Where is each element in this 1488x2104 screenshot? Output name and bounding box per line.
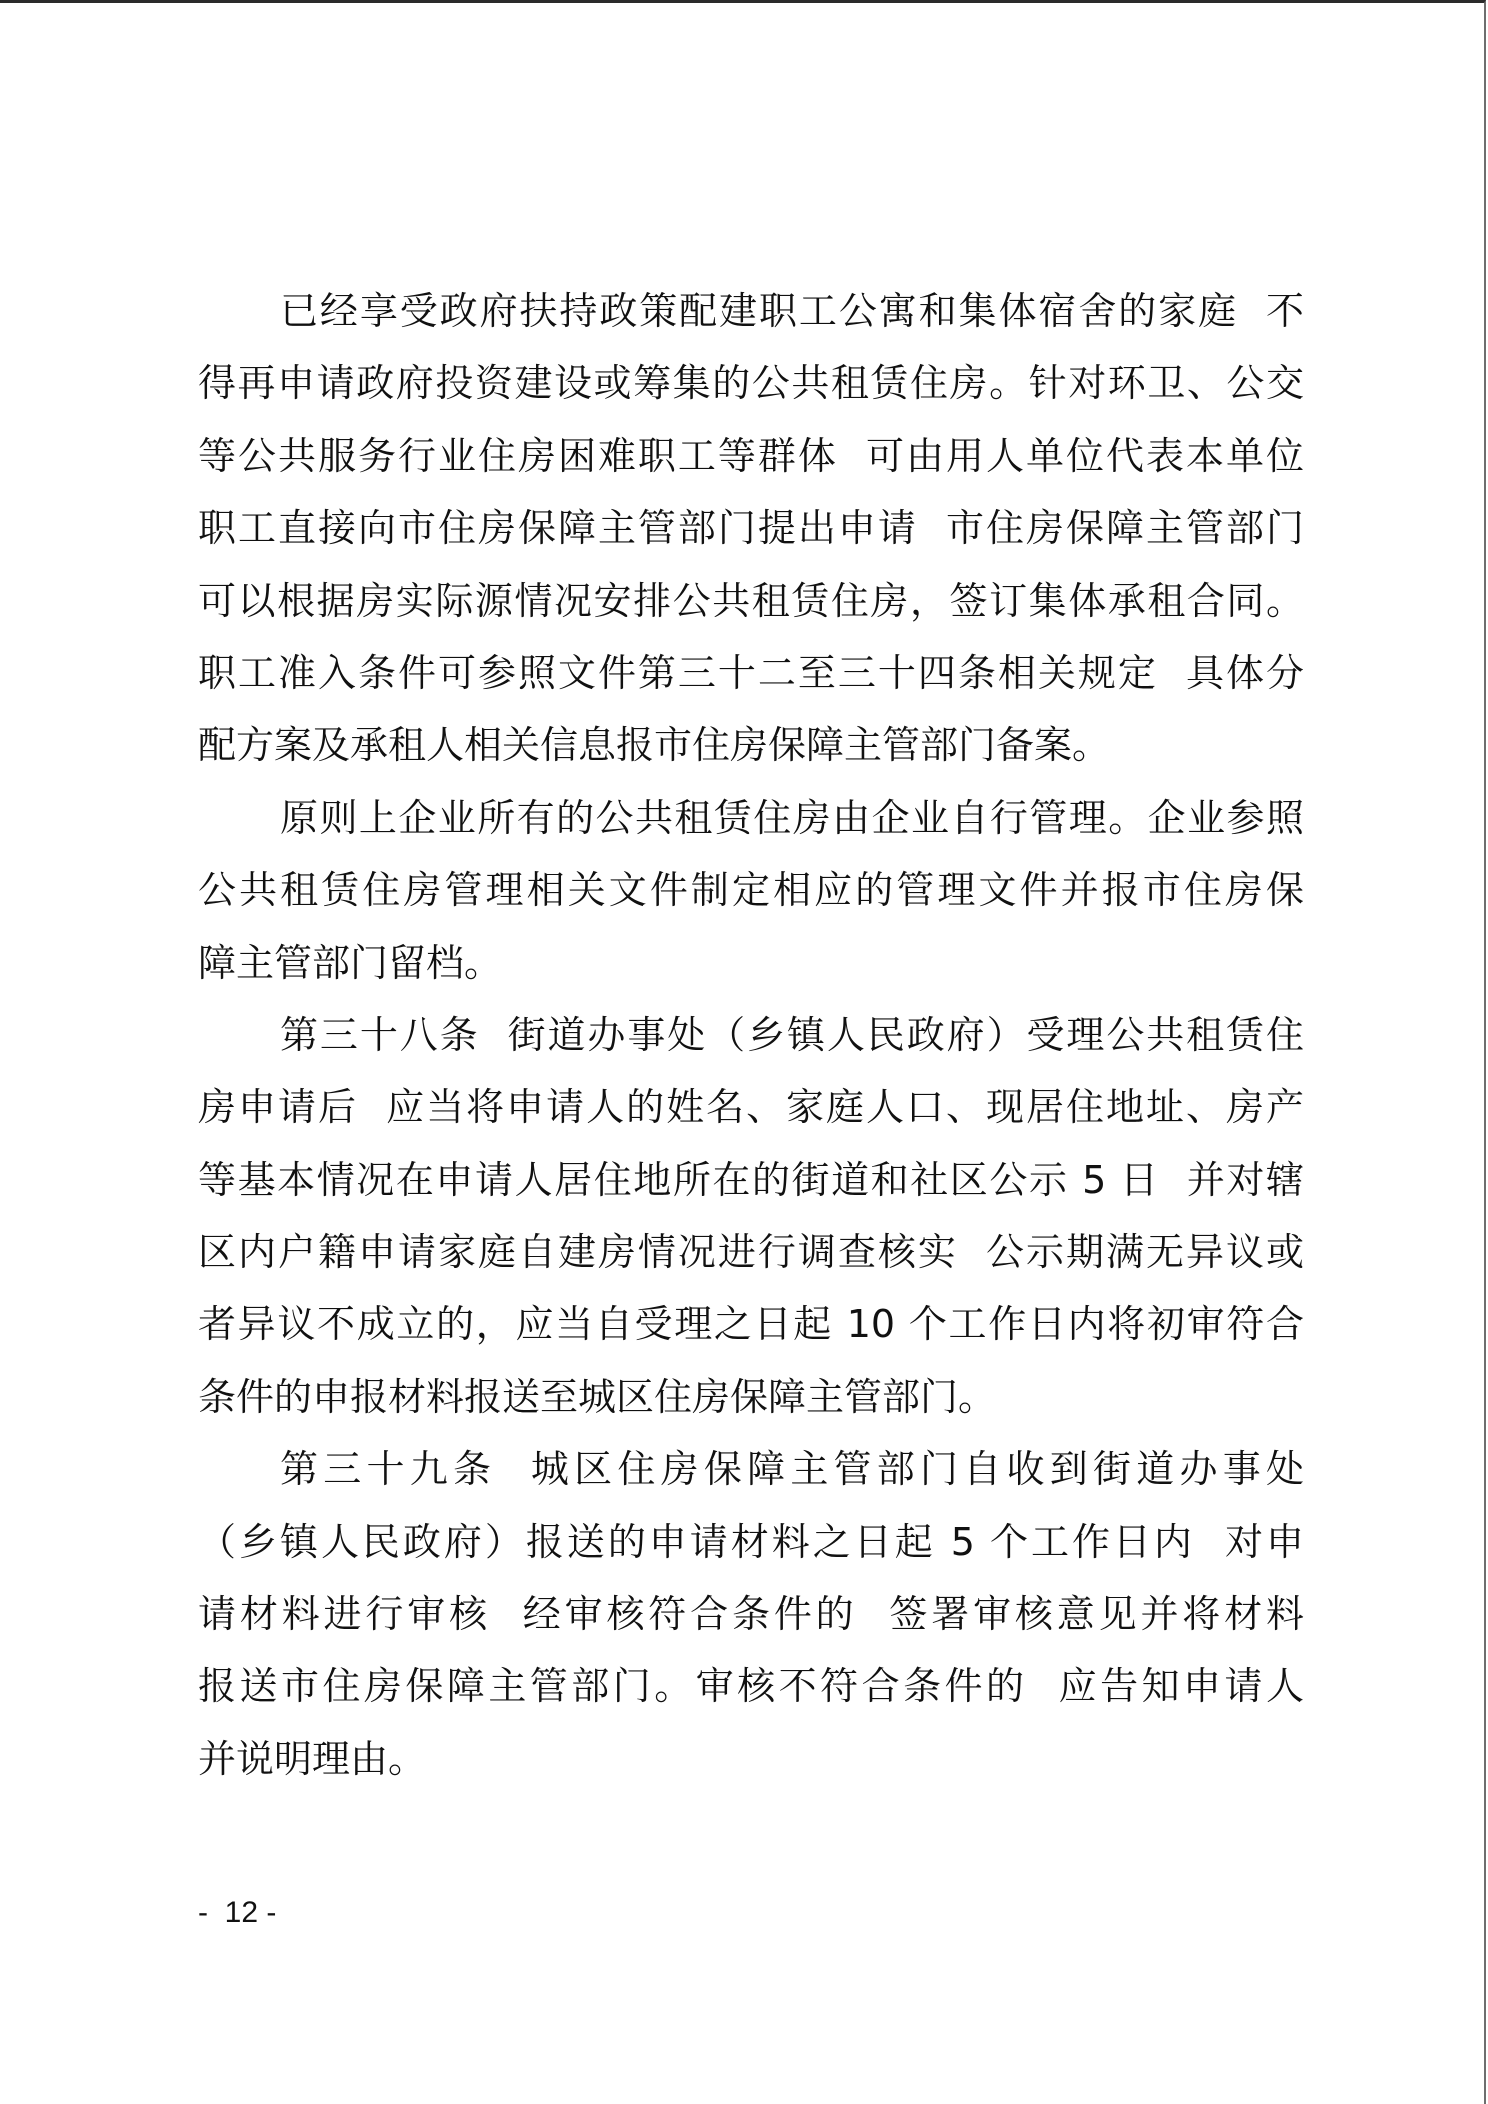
paragraph-1-line-5: 可以根据房实际源情况安排公共租赁住房，签订集体承租合同。 xyxy=(198,565,1304,637)
article-39-line-2: （乡镇人民政府）报送的申请材料之日起 5 个工作日内 对申 xyxy=(198,1506,1304,1578)
article-39-line-5: 并说明理由。 xyxy=(198,1723,1304,1795)
paragraph-1-line-7: 配方案及承租人相关信息报市住房保障主管部门备案。 xyxy=(198,709,1304,781)
page-number: - 12 - xyxy=(198,1896,276,1930)
article-39-line-3: 请材料进行审核 经审核符合条件的 签署审核意见并将材料 xyxy=(198,1578,1304,1650)
paragraph-1-line-3: 等公共服务行业住房困难职工等群体 可由用人单位代表本单位 xyxy=(198,420,1304,492)
paragraph-1-line-1: 已经享受政府扶持政策配建职工公寓和集体宿舍的家庭 不 xyxy=(198,275,1304,347)
article-38-line-4: 区内户籍申请家庭自建房情况进行调查核实 公示期满无异议或 xyxy=(198,1216,1304,1288)
article-38-line-2: 房申请后 应当将申请人的姓名、家庭人口、现居住地址、房产 xyxy=(198,1071,1304,1143)
article-38-line-1: 第三十八条 街道办事处（乡镇人民政府）受理公共租赁住 xyxy=(198,999,1304,1071)
paragraph-2-line-3: 障主管部门留档。 xyxy=(198,927,1304,999)
article-39-line-1: 第三十九条 城区住房保障主管部门自收到街道办事处 xyxy=(198,1433,1304,1505)
paragraph-1-line-2: 得再申请政府投资建设或筹集的公共租赁住房。针对环卫、公交 xyxy=(198,347,1304,419)
paragraph-2-line-2: 公共租赁住房管理相关文件制定相应的管理文件并报市住房保 xyxy=(198,854,1304,926)
article-38-line-5: 者异议不成立的，应当自受理之日起 10 个工作日内将初审符合 xyxy=(198,1288,1304,1360)
article-38-line-6: 条件的申报材料报送至城区住房保障主管部门。 xyxy=(198,1361,1304,1433)
paragraph-2-line-1: 原则上企业所有的公共租赁住房由企业自行管理。企业参照 xyxy=(198,782,1304,854)
paragraph-1-line-4: 职工直接向市住房保障主管部门提出申请 市住房保障主管部门 xyxy=(198,492,1304,564)
article-39-line-4: 报送市住房保障主管部门。审核不符合条件的 应告知申请人 xyxy=(198,1650,1304,1722)
document-body: 已经享受政府扶持政策配建职工公寓和集体宿舍的家庭 不 得再申请政府投资建设或筹集… xyxy=(198,275,1304,1795)
article-38-line-3: 等基本情况在申请人居住地所在的街道和社区公示 5 日 并对辖 xyxy=(198,1144,1304,1216)
document-page: 已经享受政府扶持政策配建职工公寓和集体宿舍的家庭 不 得再申请政府投资建设或筹集… xyxy=(0,0,1486,2104)
paragraph-1-line-6: 职工准入条件可参照文件第三十二至三十四条相关规定 具体分 xyxy=(198,637,1304,709)
